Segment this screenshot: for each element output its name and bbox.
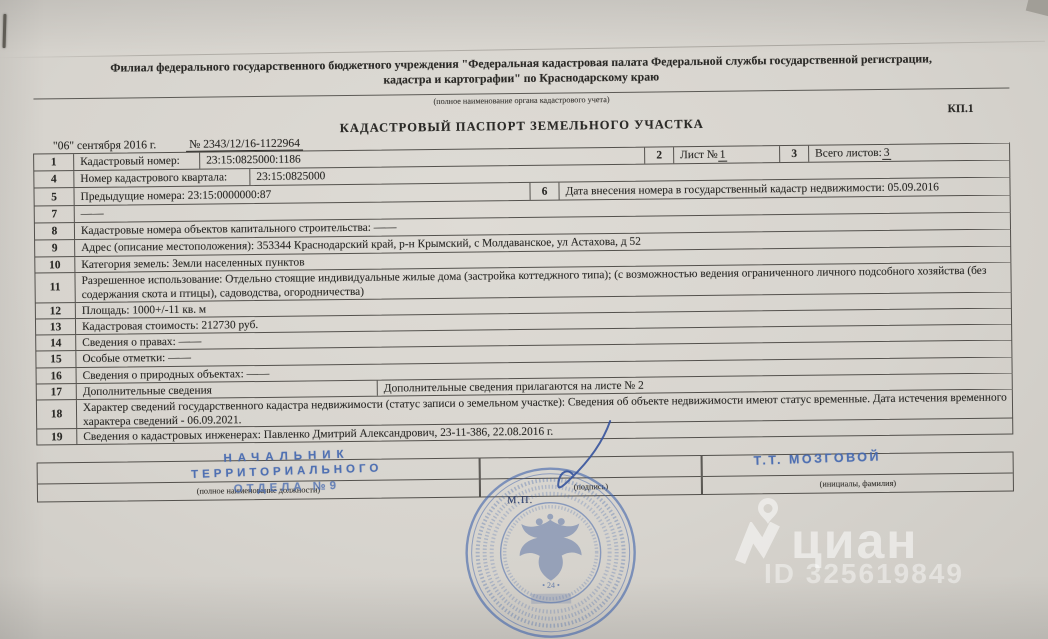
sheet-cell: Лист № 1 — [674, 146, 779, 163]
row1-label: Кадастровый номер: — [74, 153, 199, 170]
handwritten-signature — [526, 417, 637, 508]
sheet-number: 1 — [718, 148, 728, 161]
document-date: "06" сентября 2016 г. — [53, 138, 156, 153]
row-number: 18 — [37, 400, 77, 428]
sheet-label: Лист № — [680, 149, 718, 161]
row-number: 11 — [35, 273, 75, 302]
row-number: 15 — [36, 351, 76, 367]
row-number: 1 — [34, 154, 74, 170]
cian-pin-icon — [752, 497, 784, 525]
row-number: 9 — [35, 240, 75, 256]
row-number: 8 — [35, 223, 75, 239]
row-number: 10 — [35, 257, 75, 272]
name-caption: (инициалы, фамилия) — [703, 473, 1013, 494]
document-photo: Филиал федерального государственного бюд… — [0, 0, 1048, 639]
row-number: 5 — [34, 188, 74, 205]
row-number: 2 — [644, 147, 674, 163]
total-sheets-number: 3 — [882, 146, 892, 159]
row-number: 7 — [35, 206, 75, 222]
cian-watermark-id: ID 325619849 — [764, 558, 964, 590]
row4-label: Номер кадастрового квартала: — [74, 169, 249, 187]
seal-number: • 24 • — [542, 581, 560, 590]
row-number: 13 — [36, 319, 76, 334]
row-number: 16 — [37, 368, 77, 383]
row-number: 19 — [37, 429, 77, 444]
row-number: 4 — [34, 171, 74, 187]
row-number: 12 — [36, 303, 76, 318]
org-name: Филиал федерального государственного бюд… — [57, 51, 985, 92]
document-title: КАДАСТРОВЫЙ ПАСПОРТ ЗЕМЕЛЬНОГО УЧАСТКА — [58, 114, 986, 140]
row-number: 14 — [36, 335, 76, 350]
document-number: № 2343/12/16-1122964 — [186, 136, 303, 151]
row-number: 6 — [529, 183, 559, 200]
total-sheets-label: Всего листов: — [815, 147, 882, 160]
row-number: 17 — [37, 384, 77, 399]
row-number: 3 — [779, 146, 809, 162]
